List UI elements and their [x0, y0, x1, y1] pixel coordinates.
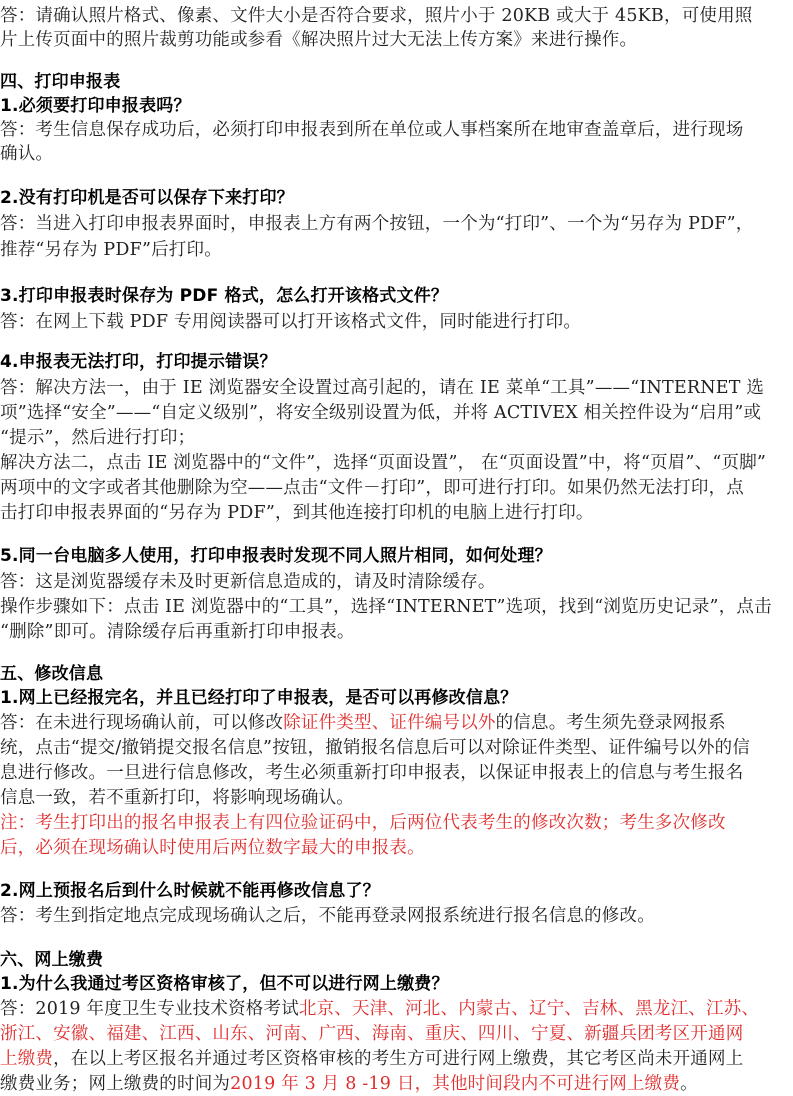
paragraph-line: 答：考生信息保存成功后，必须打印申报表到所在单位或人事档案所在地审查盖章后，进行… [0, 118, 743, 142]
text-segment: 答：在未进行现场确认前，可以修改 [0, 713, 283, 733]
text-segment: 答：2019 年度卫生专业技术资格考试 [0, 999, 299, 1019]
section-heading: 3.打印申报表时保存为 PDF 格式，怎么打开该格式文件？ [0, 284, 448, 308]
paragraph-line: 息进行修改。一旦进行信息修改，考生必须重新打印申报表，以保证申报表上的信息与考生… [0, 761, 743, 785]
paragraph-line: 答：考生到指定地点完成现场确认之后，不能再登录网报系统进行报名信息的修改。 [0, 904, 655, 928]
text-segment: “提示”，然后进行打印； [0, 428, 195, 448]
text-segment: 五、修改信息 [0, 664, 103, 684]
text-segment: 片上传页面中的照片裁剪功能或参看《解决照片过大无法上传方案》来进行操作。 [0, 30, 637, 50]
text-segment: ，在以上考区报名并通过考区资格审核的考生方可进行网上缴费，其它考区尚未开通网上 [53, 1049, 743, 1069]
text-segment: 推荐“另存为 PDF”后打印。 [0, 240, 222, 260]
text-segment: 1.为什么我通过考区资格审核了，但不可以进行网上缴费？ [0, 974, 449, 994]
paragraph-line: 两项中的文字或者其他删除为空——点击“文件－打印”，即可进行打印。如果仍然无法打… [0, 476, 744, 500]
text-segment: 答：考生信息保存成功后，必须打印申报表到所在单位或人事档案所在地审查盖章后，进行… [0, 120, 743, 140]
text-segment: 答：当进入打印申报表界面时，申报表上方有两个按钮，一个为“打印”、一个为“另存为… [0, 214, 754, 234]
text-segment: 解决方法二，点击 IE 浏览器中的“文件”，选择“页面设置”， 在“页面设置”中… [0, 453, 766, 473]
text-segment: 答：请确认照片格式、像素、文件大小是否符合要求，照片小于 20KB 或大于 45… [0, 6, 753, 26]
text-segment: 注：考生打印出的报名申报表上有四位验证码中，后两位代表考生的修改次数；考生多次修… [0, 813, 726, 833]
paragraph-line: 缴费业务；网上缴费的时间为2019 年 3 月 8 -19 日，其他时间段内不可… [0, 1072, 698, 1096]
paragraph-line: 解决方法二，点击 IE 浏览器中的“文件”，选择“页面设置”， 在“页面设置”中… [0, 451, 766, 475]
section-heading: 1.必须要打印申报表吗？ [0, 94, 191, 118]
paragraph-line: 答：在网上下载 PDF 专用阅读器可以打开该格式文件，同时能进行打印。 [0, 310, 581, 334]
paragraph-line: 答：当进入打印申报表界面时，申报表上方有两个按钮，一个为“打印”、一个为“另存为… [0, 212, 754, 236]
text-segment: 答：在网上下载 PDF 专用阅读器可以打开该格式文件，同时能进行打印。 [0, 312, 581, 332]
text-segment: 1.网上已经报完名，并且已经打印了申报表，是否可以再修改信息？ [0, 688, 518, 708]
section-heading: 1.为什么我通过考区资格审核了，但不可以进行网上缴费？ [0, 972, 449, 996]
paragraph-line: 答：这是浏览器缓存未及时更新信息造成的，请及时清除缓存。 [0, 570, 496, 594]
paragraph-line: 确认。 [0, 142, 53, 166]
paragraph-line: 操作步骤如下：点击 IE 浏览器中的“工具”，选择“INTERNET”选项，找到… [0, 595, 772, 619]
section-heading: 1.网上已经报完名，并且已经打印了申报表，是否可以再修改信息？ [0, 686, 518, 710]
highlighted-text: 除证件类型、证件编号以外 [283, 713, 495, 733]
paragraph-line: 击打印申报表界面的“另存为 PDF”，到其他连接打印机的电脑上进行打印。 [0, 501, 594, 525]
paragraph-line: 后，必须在现场确认时使用后两位数字最大的申报表。 [0, 836, 425, 860]
section-heading: 五、修改信息 [0, 662, 103, 686]
text-segment: “删除”即可。清除缓存后再重新打印申报表。 [0, 622, 355, 642]
highlighted-text: 北京、天津、河北、内蒙古、辽宁、吉林、黑龙江、江苏、 [299, 999, 759, 1019]
text-segment: 4.申报表无法打印，打印提示错误？ [0, 352, 277, 372]
text-segment: 后，必须在现场确认时使用后两位数字最大的申报表。 [0, 838, 425, 858]
text-segment: 击打印申报表界面的“另存为 PDF”，到其他连接打印机的电脑上进行打印。 [0, 503, 594, 523]
section-heading: 四、打印申报表 [0, 70, 120, 94]
paragraph-line: 统，点击“提交/撤销提交报名信息”按钮，撤销报名信息后可以对除证件类型、证件编号… [0, 736, 750, 760]
paragraph-line: 答：2019 年度卫生专业技术资格考试北京、天津、河北、内蒙古、辽宁、吉林、黑龙… [0, 997, 759, 1021]
paragraph-line: 信息一致，若不重新打印，将影响现场确认。 [0, 786, 354, 810]
paragraph-line: 推荐“另存为 PDF”后打印。 [0, 238, 222, 262]
section-heading: 5.同一台电脑多人使用，打印申报表时发现不同人照片相同，如何处理？ [0, 544, 552, 568]
section-heading: 2.网上预报名后到什么时候就不能再修改信息了？ [0, 879, 380, 903]
paragraph-line: 答：在未进行现场确认前，可以修改除证件类型、证件编号以外的信息。考生须先登录网报… [0, 711, 726, 735]
paragraph-line: 注：考生打印出的报名申报表上有四位验证码中，后两位代表考生的修改次数；考生多次修… [0, 811, 726, 835]
text-segment: 浙江、安徽、福建、江西、山东、河南、广西、海南、重庆、四川、宁夏、新疆兵团考区开… [0, 1024, 743, 1044]
paragraph-line: 片上传页面中的照片裁剪功能或参看《解决照片过大无法上传方案》来进行操作。 [0, 28, 637, 52]
text-segment: 确认。 [0, 144, 53, 164]
text-segment: 5.同一台电脑多人使用，打印申报表时发现不同人照片相同，如何处理？ [0, 546, 552, 566]
paragraph-line: 答：请确认照片格式、像素、文件大小是否符合要求，照片小于 20KB 或大于 45… [0, 4, 753, 28]
text-segment: 1.必须要打印申报表吗？ [0, 96, 191, 116]
highlighted-text: 2019 年 3 月 8 -19 日，其他时间段内不可进行网上缴费 [230, 1074, 680, 1094]
text-segment: 答：解决方法一，由于 IE 浏览器安全设置过高引起的，请在 IE 菜单“工具”—… [0, 378, 764, 398]
section-heading: 2.没有打印机是否可以保存下来打印？ [0, 186, 294, 210]
paragraph-line: 上缴费，在以上考区报名并通过考区资格审核的考生方可进行网上缴费，其它考区尚未开通… [0, 1047, 743, 1071]
text-segment: 项”选择“安全”——“自定义级别”，将安全级别设置为低，并将 ACTIVEX 相… [0, 403, 761, 423]
paragraph-line: 项”选择“安全”——“自定义级别”，将安全级别设置为低，并将 ACTIVEX 相… [0, 401, 761, 425]
section-heading: 4.申报表无法打印，打印提示错误？ [0, 350, 277, 374]
text-segment: 的信息。考生须先登录网报系 [496, 713, 726, 733]
text-segment: 两项中的文字或者其他删除为空——点击“文件－打印”，即可进行打印。如果仍然无法打… [0, 478, 744, 498]
text-segment: 2.没有打印机是否可以保存下来打印？ [0, 188, 294, 208]
document-page: 答：请确认照片格式、像素、文件大小是否符合要求，照片小于 20KB 或大于 45… [0, 0, 793, 1096]
text-segment: 。 [680, 1074, 698, 1094]
highlighted-text: 上缴费 [0, 1049, 53, 1069]
text-segment: 息进行修改。一旦进行信息修改，考生必须重新打印申报表，以保证申报表上的信息与考生… [0, 763, 743, 783]
text-segment: 答：考生到指定地点完成现场确认之后，不能再登录网报系统进行报名信息的修改。 [0, 906, 655, 926]
text-segment: 2.网上预报名后到什么时候就不能再修改信息了？ [0, 881, 380, 901]
text-segment: 六、网上缴费 [0, 950, 103, 970]
text-segment: 3.打印申报表时保存为 PDF 格式，怎么打开该格式文件？ [0, 286, 448, 306]
text-segment: 统，点击“提交/撤销提交报名信息”按钮，撤销报名信息后可以对除证件类型、证件编号… [0, 738, 750, 758]
text-segment: 信息一致，若不重新打印，将影响现场确认。 [0, 788, 354, 808]
text-segment: 答：这是浏览器缓存未及时更新信息造成的，请及时清除缓存。 [0, 572, 496, 592]
text-segment: 四、打印申报表 [0, 72, 120, 92]
section-heading: 六、网上缴费 [0, 948, 103, 972]
text-segment: 缴费业务；网上缴费的时间为 [0, 1074, 230, 1094]
paragraph-line: 答：解决方法一，由于 IE 浏览器安全设置过高引起的，请在 IE 菜单“工具”—… [0, 376, 764, 400]
paragraph-line: “删除”即可。清除缓存后再重新打印申报表。 [0, 620, 355, 644]
paragraph-line: 浙江、安徽、福建、江西、山东、河南、广西、海南、重庆、四川、宁夏、新疆兵团考区开… [0, 1022, 743, 1046]
text-segment: 操作步骤如下：点击 IE 浏览器中的“工具”，选择“INTERNET”选项，找到… [0, 597, 772, 617]
paragraph-line: “提示”，然后进行打印； [0, 426, 195, 450]
